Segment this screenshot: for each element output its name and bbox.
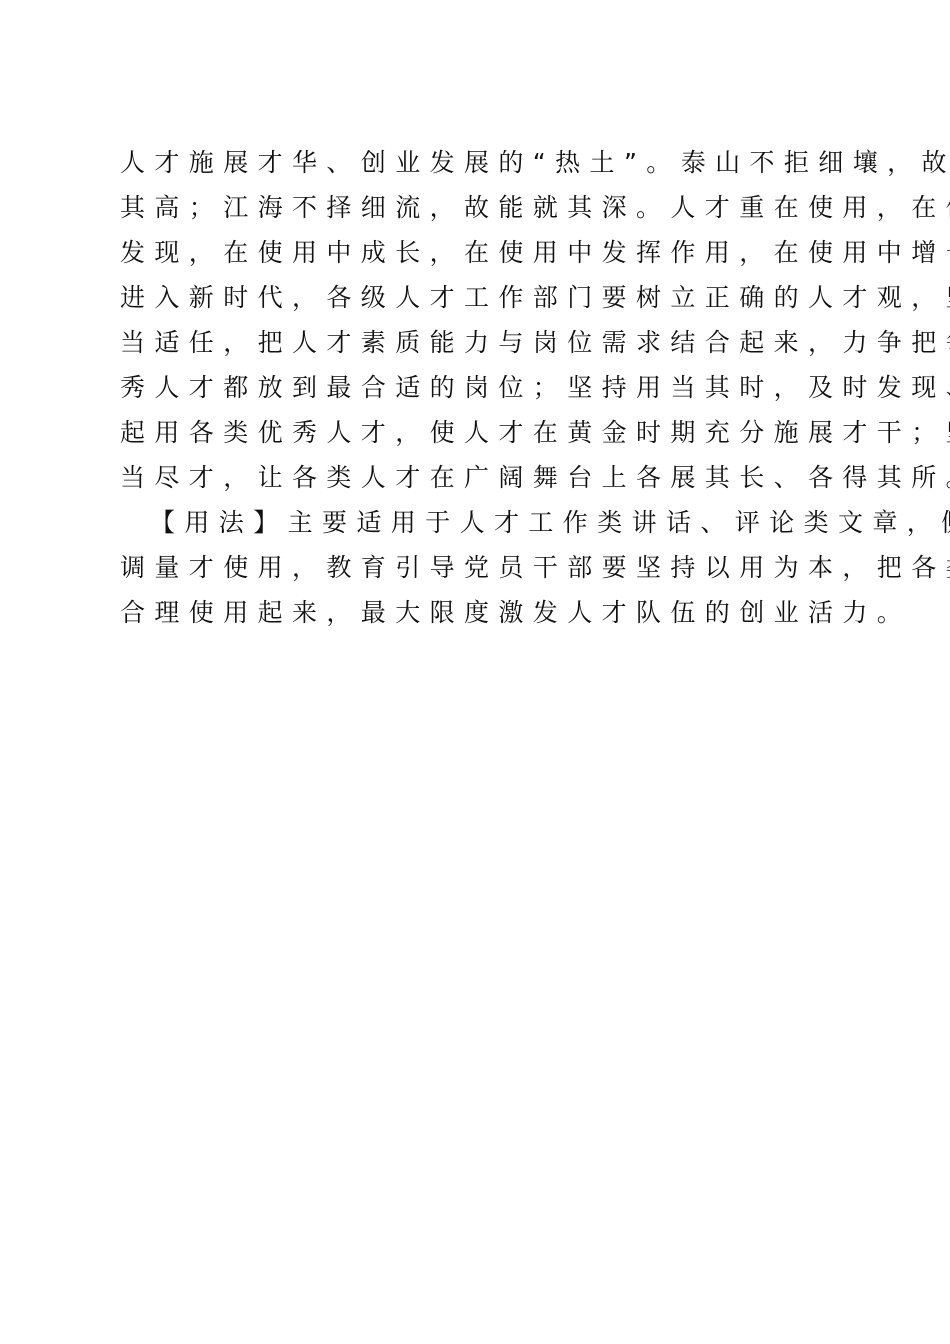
text-line: 合理使用起来，最大限度激发人才队伍的创业活力。	[120, 595, 860, 631]
text-line: 进入新时代，各级人才工作部门要树立正确的人才观，坚持用	[120, 280, 860, 316]
text-line: 调量才使用，教育引导党员干部要坚持以用为本，把各类人才	[120, 550, 860, 586]
text-line: 起用各类优秀人才，使人才在黄金时期充分施展才干；坚持用	[120, 415, 860, 451]
text-line: 其高；江海不择细流，故能就其深。人才重在使用，在使用中	[120, 190, 860, 226]
text-line: 【用法】主要适用于人才工作类讲话、评论类文章，侧重强	[150, 505, 890, 541]
text-line: 人才施展才华、创业发展的“热土”。泰山不拒细壤，故能成	[120, 145, 860, 181]
text-line: 当尽才，让各类人才在广阔舞台上各展其长、各得其所。	[120, 460, 860, 496]
document-page: 人才施展才华、创业发展的“热土”。泰山不拒细壤，故能成 其高；江海不择细流，故能…	[0, 0, 950, 1344]
text-line: 秀人才都放到最合适的岗位；坚持用当其时，及时发现、大胆	[120, 370, 860, 406]
text-line: 发现，在使用中成长，在使用中发挥作用，在使用中增长本领。	[120, 235, 860, 271]
text-line: 当适任，把人才素质能力与岗位需求结合起来，力争把每个优	[120, 325, 860, 361]
